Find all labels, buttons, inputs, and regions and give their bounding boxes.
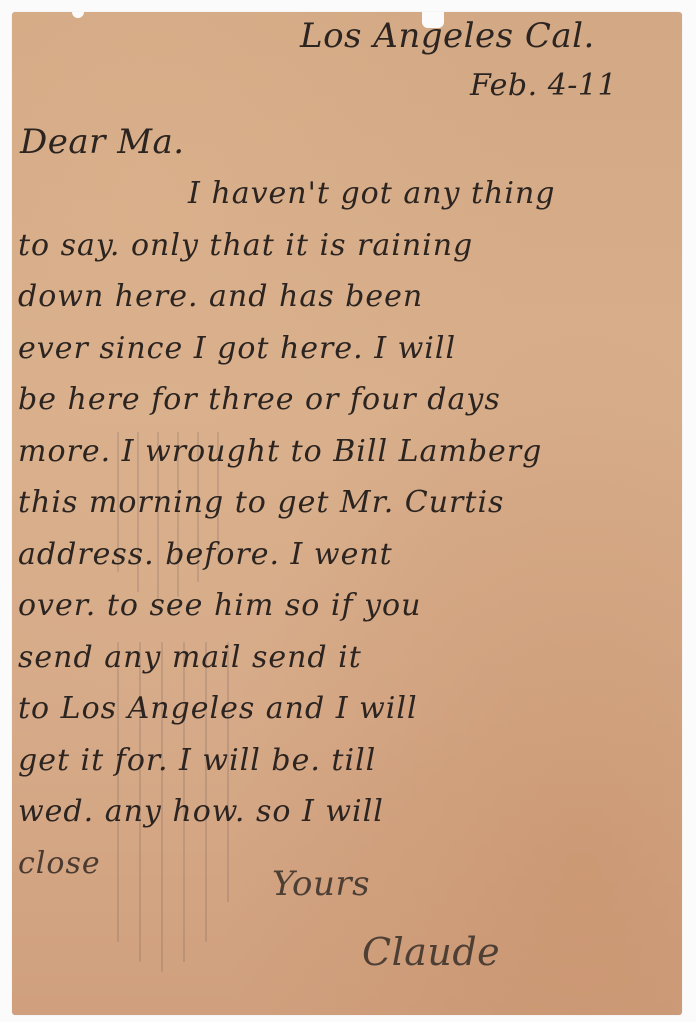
- letter-greeting: Dear Ma.: [20, 122, 185, 162]
- body-line: down here. and has been: [18, 271, 678, 323]
- body-line: to Los Angeles and I will: [18, 683, 678, 735]
- letter-date: Feb. 4-11: [470, 68, 617, 103]
- body-line: over. to see him so if you: [18, 580, 678, 632]
- letter-signature: Claude: [362, 930, 500, 974]
- body-line: be here for three or four days: [18, 374, 678, 426]
- body-line: wed. any how. so I will: [18, 786, 678, 838]
- letter-valediction: Yours: [272, 864, 370, 904]
- body-line: send any mail send it: [18, 632, 678, 684]
- letter-place: Los Angeles Cal.: [300, 16, 595, 56]
- body-line: to say. only that it is raining: [18, 220, 678, 272]
- body-line: this morning to get Mr. Curtis: [18, 477, 678, 529]
- torn-edge-notch: [72, 12, 84, 18]
- body-line: get it for. I will be. till: [18, 735, 678, 787]
- body-line: I haven't got any thing: [18, 168, 678, 220]
- body-line: address. before. I went: [18, 529, 678, 581]
- body-line: more. I wrought to Bill Lamberg: [18, 426, 678, 478]
- body-line: ever since I got here. I will: [18, 323, 678, 375]
- letter-body: I haven't got any thing to say. only tha…: [18, 168, 678, 889]
